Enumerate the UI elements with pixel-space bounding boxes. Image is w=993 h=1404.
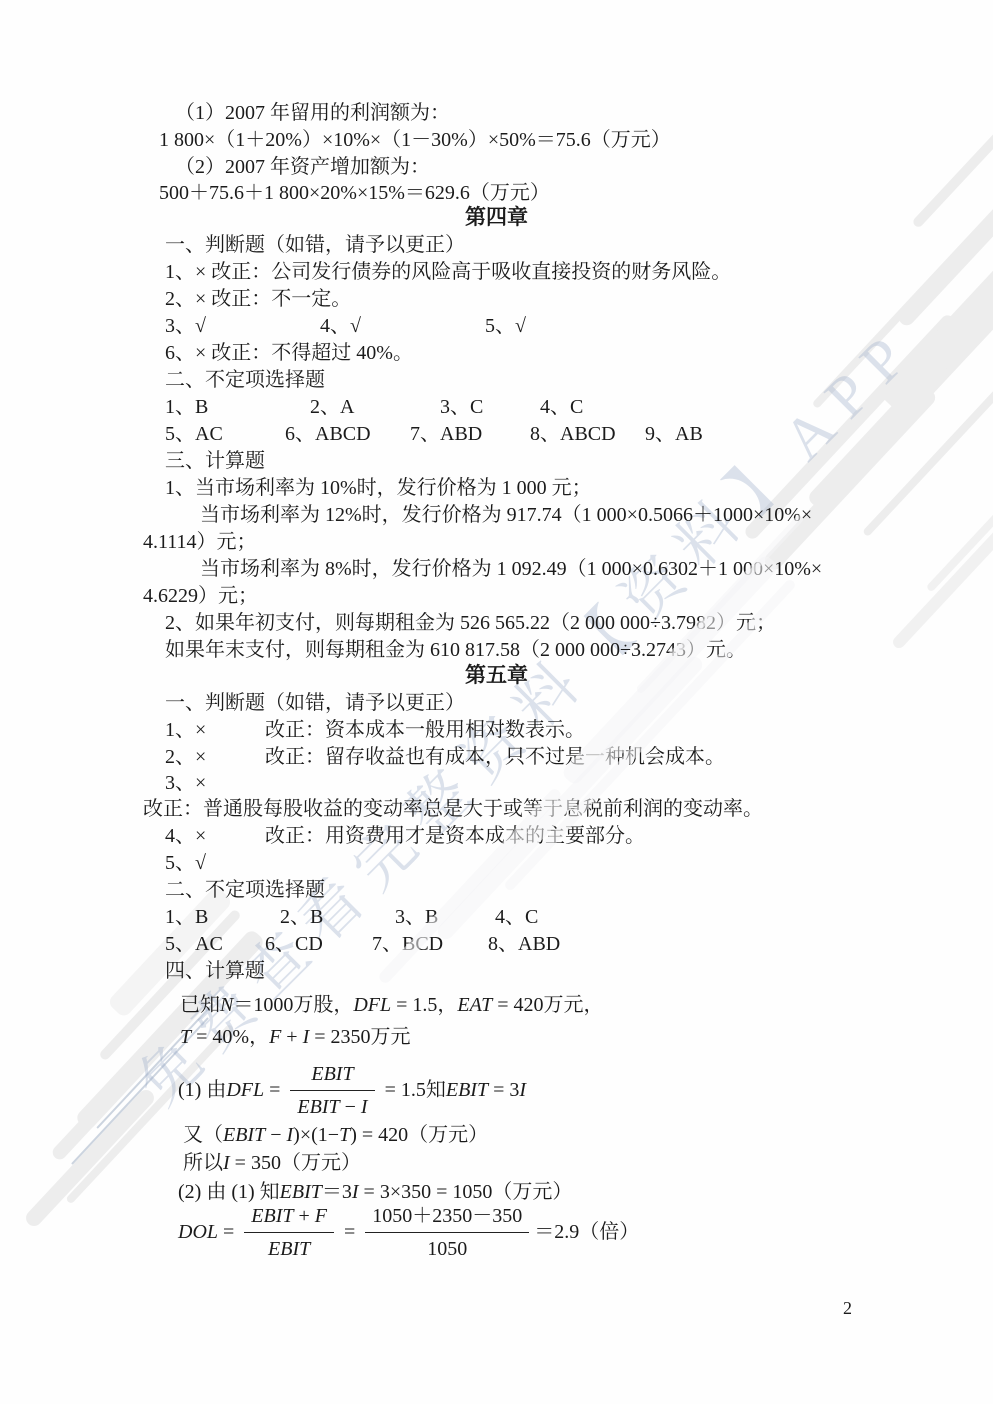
answer-item: 3、B <box>395 904 438 930</box>
text-line: 2、× 改正：不一定。 <box>165 286 351 312</box>
answer-item: 3、√ <box>165 313 206 339</box>
text-line: 四、计算题 <box>165 958 265 984</box>
fraction: EBIT + FEBIT <box>244 1202 334 1263</box>
answer-item: 6、ABCD <box>285 421 371 447</box>
scan-streak <box>911 61 993 229</box>
text-line: (1) 由DFL = EBITEBIT − I = 1.5知EBIT = 3I <box>178 1077 526 1103</box>
answer-item: 1、B <box>165 904 208 930</box>
chapter-heading: 第四章 <box>0 205 993 231</box>
answer-item: 7、BCD <box>372 931 443 957</box>
document-page: 免费查看完整资料【资料】APP （1）2007 年留用的利润额为：1 800×（… <box>0 0 993 1404</box>
answer-item: 2、× <box>165 744 206 770</box>
text-line: 如果年末支付，则每期租金为 610 817.58（2 000 000÷3.274… <box>165 637 746 663</box>
chapter-heading: 第五章 <box>0 663 993 689</box>
text-line: 二、不定项选择题 <box>165 367 325 393</box>
answer-item: 改正：留存收益也有成本，只不过是一种机会成本。 <box>265 744 725 770</box>
text-line: T = 40%，F + I = 2350万元 <box>180 1024 411 1050</box>
text-line: 3、× <box>165 770 206 796</box>
text-line: 当市场利率为 8%时，发行价格为 1 092.49（1 000×0.6302＋1… <box>200 556 822 582</box>
text-line: 1、× 改正：公司发行债券的风险高于吸收直接投资的财务风险。 <box>165 259 731 285</box>
fraction: EBITEBIT − I <box>290 1060 374 1121</box>
answer-item: 8、ABD <box>488 931 560 957</box>
text-line: 二、不定项选择题 <box>165 877 325 903</box>
fraction: 1050＋2350－3501050 <box>365 1202 529 1263</box>
scan-streak <box>891 481 993 650</box>
answer-item: 3、C <box>440 394 483 420</box>
text-line: 改正：普通股每股收益的变动率总是大于或等于息税前利润的变动率。 <box>143 796 763 822</box>
text-line: 一、判断题（如错，请予以更正） <box>165 690 465 716</box>
answer-item: 4、C <box>540 394 583 420</box>
text-line: 5、√ <box>165 850 206 876</box>
text-line: 1、当市场利率为 10%时，发行价格为 1 000 元； <box>165 475 592 501</box>
text-line: （1）2007 年留用的利润额为： <box>175 100 450 126</box>
answer-item: 改正：资本成本一般用相对数表示。 <box>265 717 585 743</box>
text-line: 当市场利率为 12%时，发行价格为 917.74（1 000×0.5066＋10… <box>200 502 812 528</box>
text-line: 1 800×（1＋20%）×10%×（1－30%）×50%＝75.6（万元） <box>159 127 671 153</box>
page-number: 2 <box>843 1298 852 1319</box>
answer-item: 2、B <box>280 904 323 930</box>
text-line: 所以I = 350（万元） <box>183 1150 361 1176</box>
answer-item: 8、ABCD <box>530 421 616 447</box>
answer-item: 1、× <box>165 717 206 743</box>
answer-item: 5、AC <box>165 421 223 447</box>
text-line: 已知N＝1000万股，DFL = 1.5，EAT = 420万元， <box>180 992 604 1018</box>
answer-item: 7、ABD <box>410 421 482 447</box>
text-line: 4.1114）元； <box>143 529 257 555</box>
text-line: 一、判断题（如错，请予以更正） <box>165 232 465 258</box>
text-line: DOL = EBIT + FEBIT = 1050＋2350－3501050＝2… <box>178 1219 639 1245</box>
text-line: 三、计算题 <box>165 448 265 474</box>
answer-item: 2、A <box>310 394 354 420</box>
answer-item: 1、B <box>165 394 208 420</box>
text-line: （2）2007 年资产增加额为： <box>175 154 430 180</box>
text-line: 6、× 改正：不得超过 40%。 <box>165 340 413 366</box>
text-line: 500＋75.6＋1 800×20%×15%＝629.6（万元） <box>159 180 550 206</box>
answer-item: 4、√ <box>320 313 361 339</box>
answer-item: 6、CD <box>265 931 323 957</box>
answer-item: 改正：用资费用才是资本成本的主要部分。 <box>265 823 645 849</box>
answer-item: 4、C <box>495 904 538 930</box>
text-line: 2、如果年初支付，则每期租金为 526 565.22（2 000 000÷3.7… <box>165 610 776 636</box>
answer-item: 5、AC <box>165 931 223 957</box>
text-line: 又（EBIT − I)×(1−T) = 420（万元） <box>183 1122 488 1148</box>
text-line: 4.6229）元； <box>143 583 258 609</box>
answer-item: 5、√ <box>485 313 526 339</box>
answer-item: 9、AB <box>645 421 703 447</box>
answer-item: 4、× <box>165 823 206 849</box>
